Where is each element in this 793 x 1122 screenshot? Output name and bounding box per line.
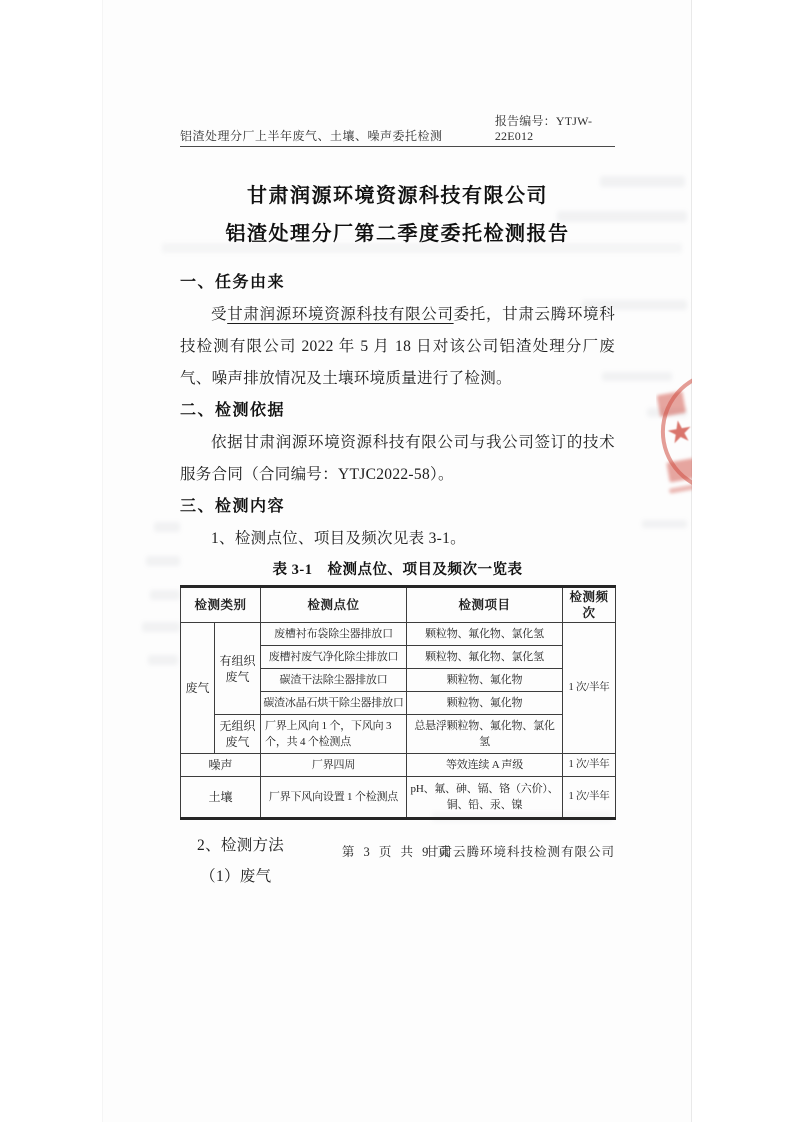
- page-footer: 第 3 页 共 9 页 甘肃云腾环境科技检测有限公司: [180, 842, 615, 860]
- header-document-title: 铝渣处理分厂上半年废气、土壤、噪声委托检测: [180, 127, 495, 147]
- page-content: 铝渣处理分厂上半年废气、土壤、噪声委托检测 报告编号：YTJW-22E012 甘…: [180, 0, 615, 892]
- report-title: 铝渣处理分厂第二季度委托检测报告: [180, 215, 615, 253]
- table-caption: 表 3-1 检测点位、项目及频次一览表: [180, 557, 615, 583]
- table-row: 土壤 厂界下风向设置 1 个检测点 pH、氟、砷、镉、铬（六价）、铜、铅、汞、镍…: [181, 777, 616, 819]
- bleed-through-mark: [146, 556, 180, 566]
- scanned-report-page: ★ 铝渣处理分厂上半年废气、土壤、噪声委托检测 报告编号：YTJW-22E012…: [102, 0, 692, 1122]
- table-header-row: 检测类别 检测点位 检测项目 检测频次: [181, 587, 616, 623]
- cell-frequency-soil: 1 次/半年: [563, 777, 616, 819]
- running-header: 铝渣处理分厂上半年废气、土壤、噪声委托检测 报告编号：YTJW-22E012: [180, 112, 615, 147]
- subcategory-unorganized: 无组织废气: [215, 715, 261, 754]
- col-header-item: 检测项目: [407, 587, 563, 623]
- bleed-through-mark: [154, 522, 180, 532]
- table-row: 废气 有组织废气 废槽衬布袋除尘器排放口 颗粒物、氟化物、氯化氢 1 次/半年: [181, 623, 616, 646]
- table-row: 噪声 厂界四周 等效连续 A 声级 1 次/半年: [181, 754, 616, 777]
- cell-items: pH、氟、砷、镉、铬（六价）、铜、铅、汞、镍: [407, 777, 563, 819]
- cell-items: 颗粒物、氟化物: [407, 669, 563, 692]
- seal-text-mark: [657, 391, 686, 417]
- cell-items: 颗粒物、氟化物、氯化氢: [407, 646, 563, 669]
- col-header-category: 检测类别: [181, 587, 261, 623]
- cell-items: 颗粒物、氟化物、氯化氢: [407, 623, 563, 646]
- client-company-underlined: 甘肃润源环境资源科技有限公司: [227, 306, 453, 323]
- company-title: 甘肃润源环境资源科技有限公司: [180, 177, 615, 215]
- monitoring-plan-table: 检测类别 检测点位 检测项目 检测频次 废气 有组织废气 废槽衬布袋除尘器排放口…: [180, 585, 616, 820]
- footer-company-name: 甘肃云腾环境科技检测有限公司: [426, 842, 615, 860]
- cell-point: 碳渣冰晶石烘干除尘器排放口: [261, 692, 407, 715]
- cell-point: 厂界四周: [261, 754, 407, 777]
- table-row: 无组织废气 厂界上风向 1 个，下风向 3 个，共 4 个检测点 总悬浮颗粒物、…: [181, 715, 616, 754]
- cell-items: 颗粒物、氟化物: [407, 692, 563, 715]
- report-title-block: 甘肃润源环境资源科技有限公司 铝渣处理分厂第二季度委托检测报告: [180, 177, 615, 253]
- section-3-item-3: （1）废气: [180, 861, 615, 892]
- red-seal-stamp: ★: [656, 366, 692, 498]
- section-2-paragraph: 依据甘肃润源环境资源科技有限公司与我公司签订的技术服务合同（合同编号：YTJC2…: [180, 427, 615, 491]
- category-soil: 土壤: [181, 777, 261, 819]
- category-noise: 噪声: [181, 754, 261, 777]
- cell-point: 废槽衬布袋除尘器排放口: [261, 623, 407, 646]
- category-waste-gas: 废气: [181, 623, 215, 754]
- bleed-through-mark: [642, 520, 687, 528]
- seal-body: ★: [656, 366, 692, 498]
- col-header-point: 检测点位: [261, 587, 407, 623]
- seal-star-icon: ★: [664, 416, 692, 450]
- seal-text-mark: [669, 484, 692, 494]
- cell-items: 总悬浮颗粒物、氟化物、氯化氢: [407, 715, 563, 754]
- section-3-heading: 三、检测内容: [180, 491, 615, 523]
- section-1-paragraph: 受甘肃润源环境资源科技有限公司委托，甘肃云腾环境科技检测有限公司 2022 年 …: [180, 299, 615, 395]
- para-prefix: 受: [211, 306, 227, 323]
- subcategory-organized: 有组织废气: [215, 623, 261, 715]
- seal-text-mark: [666, 458, 692, 483]
- cell-point: 废槽衬废气净化除尘排放口: [261, 646, 407, 669]
- cell-point: 厂界上风向 1 个，下风向 3 个，共 4 个检测点: [261, 715, 407, 754]
- bleed-through-mark: [150, 590, 180, 600]
- bleed-through-mark: [148, 655, 178, 665]
- section-1-heading: 一、任务由来: [180, 267, 615, 299]
- header-report-number: 报告编号：YTJW-22E012: [495, 112, 615, 147]
- cell-frequency-noise: 1 次/半年: [563, 754, 616, 777]
- cell-point: 碳渣干法除尘器排放口: [261, 669, 407, 692]
- cell-point: 厂界下风向设置 1 个检测点: [261, 777, 407, 819]
- cell-items: 等效连续 A 声级: [407, 754, 563, 777]
- section-3-item-1: 1、检测点位、项目及频次见表 3-1。: [180, 523, 615, 555]
- section-2-heading: 二、检测依据: [180, 395, 615, 427]
- col-header-frequency: 检测频次: [563, 587, 616, 623]
- bleed-through-mark: [142, 622, 180, 632]
- cell-frequency-waste-gas: 1 次/半年: [563, 623, 616, 754]
